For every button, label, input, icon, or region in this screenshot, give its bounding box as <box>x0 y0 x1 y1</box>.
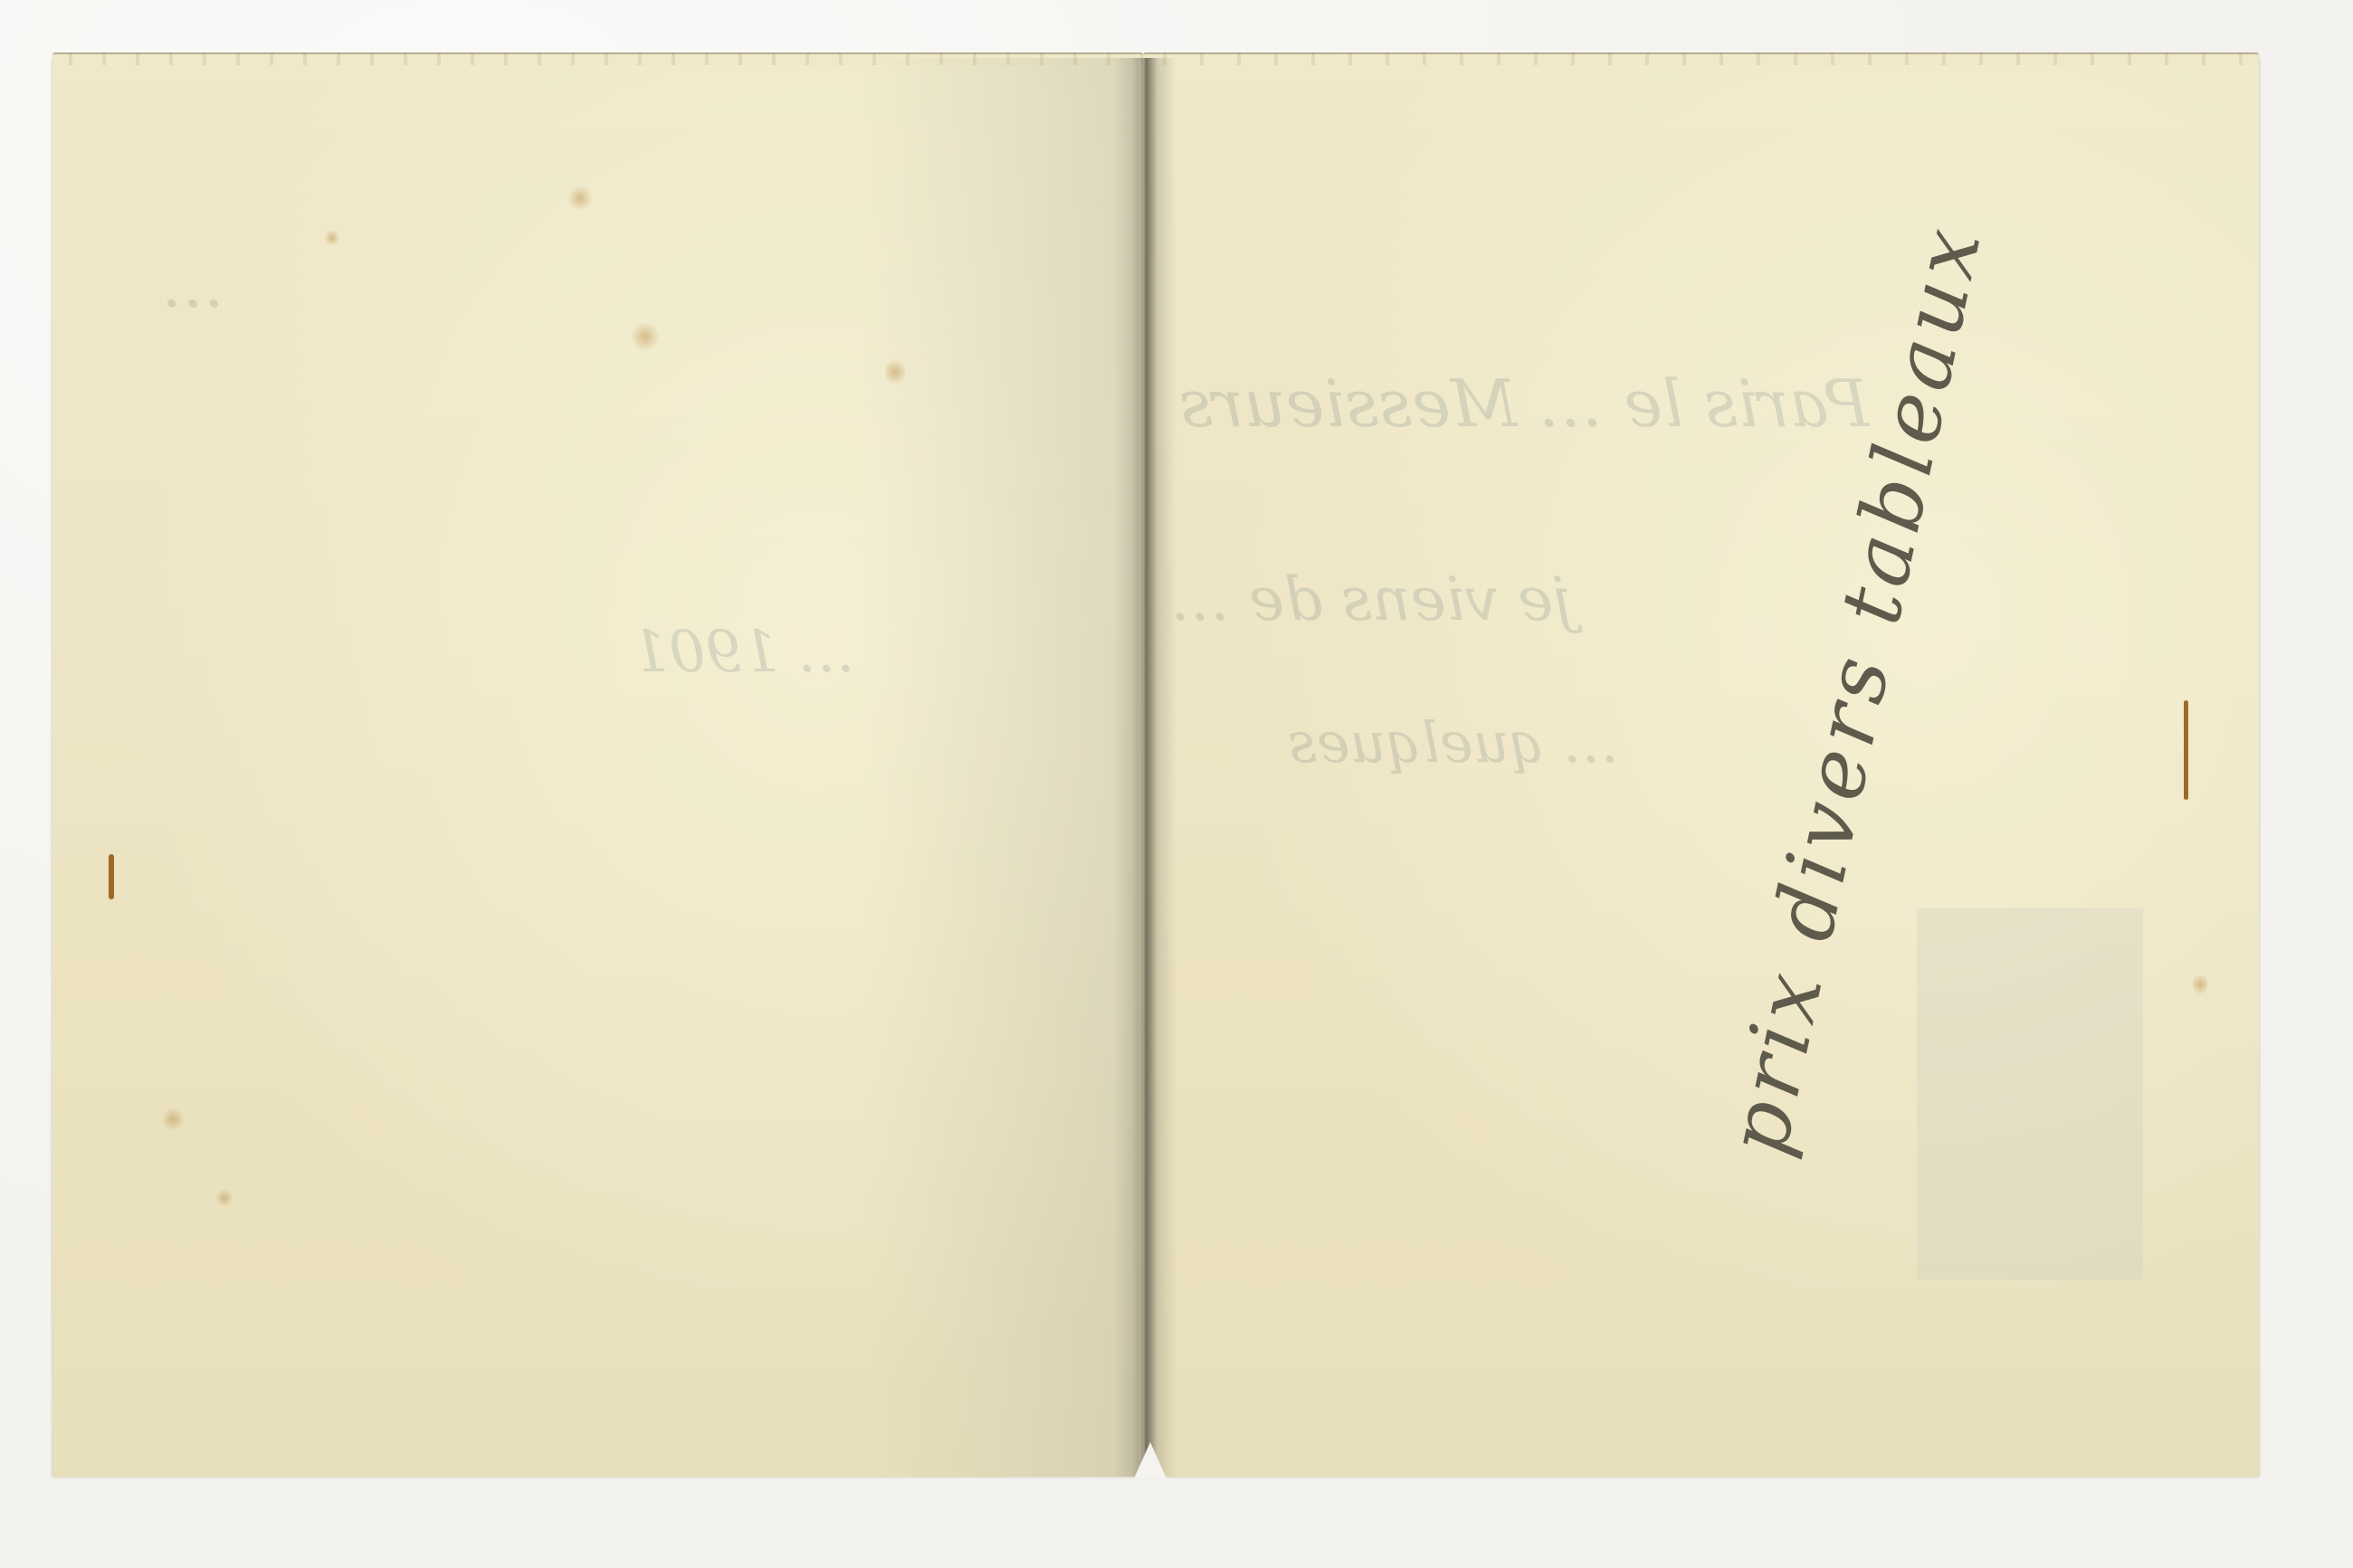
bleed-through-line-1: Paris le … Messieurs <box>1179 366 1869 442</box>
bleed-through-text: … <box>161 248 224 322</box>
left-page-fold-shadow <box>867 58 1138 1477</box>
foxing-stain <box>215 1189 233 1207</box>
faded-rectangle <box>1917 908 2143 1279</box>
right-page: Paris le … Messieurs je viens de … … que… <box>1143 58 2259 1477</box>
bleed-through-line-2: je viens de … <box>1170 565 1572 634</box>
rust-mark <box>2184 700 2188 800</box>
center-fold <box>1113 58 1176 1477</box>
rust-mark <box>109 854 114 899</box>
foxing-stain <box>161 1107 185 1131</box>
fold-notch <box>1134 1442 1167 1478</box>
foxing-stain <box>2193 972 2207 997</box>
left-page: … … 1901 <box>52 58 1143 1477</box>
foxing-stain <box>324 230 340 246</box>
bleed-through-date: … 1901 <box>632 619 855 686</box>
foxing-stain <box>885 356 905 387</box>
foxing-stain <box>568 185 592 212</box>
letter-sheet: … … 1901 Paris le … Messieurs je viens d… <box>52 58 2259 1477</box>
foxing-stain <box>632 320 659 353</box>
bleed-through-line-3: … quelques <box>1288 709 1619 775</box>
